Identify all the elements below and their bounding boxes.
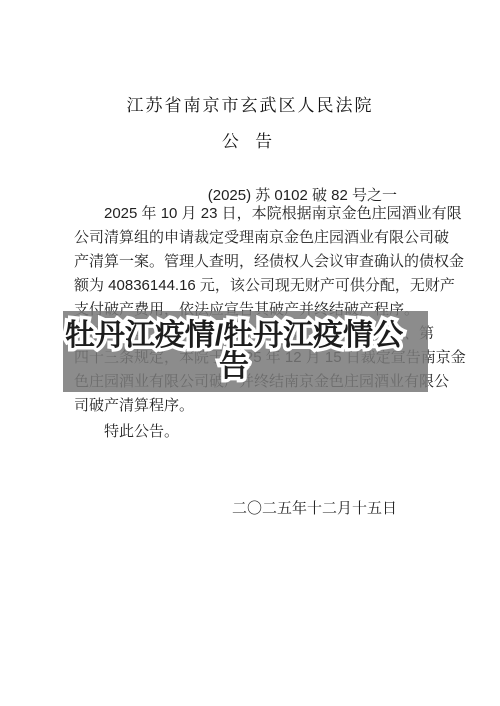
- watermark-fill-text: 牡丹江疫情/牡丹江疫情公告: [58, 320, 410, 382]
- body-line: 额为 40836144.16 元，该公司现无财产可供分配，无财产: [74, 274, 500, 298]
- court-name: 江苏省南京市玄武区人民法院: [0, 91, 500, 116]
- body-line: 司破产清算程序。: [74, 394, 500, 418]
- announcement-date: 二〇二五年十二月十五日: [232, 497, 397, 518]
- announcement-title: 公 告: [0, 127, 500, 152]
- watermark-overlay: 牡丹江疫情/牡丹江疫情公告 牡丹江疫情/牡丹江疫情公告: [58, 320, 410, 384]
- body-line: 公司清算组的申请裁定受理南京金色庄园酒业有限公司破: [74, 226, 500, 250]
- body-line: 2025 年 10 月 23 日，本院根据南京金色庄园酒业有限: [74, 202, 500, 226]
- body-line: 特此公告。: [74, 420, 500, 444]
- court-announcement-document: 江苏省南京市玄武区人民法院 公 告 (2025) 苏 0102 破 82 号之一…: [0, 0, 500, 706]
- body-line: 产清算一案。管理人查明，经债权人会议审查确认的债权金: [74, 250, 500, 274]
